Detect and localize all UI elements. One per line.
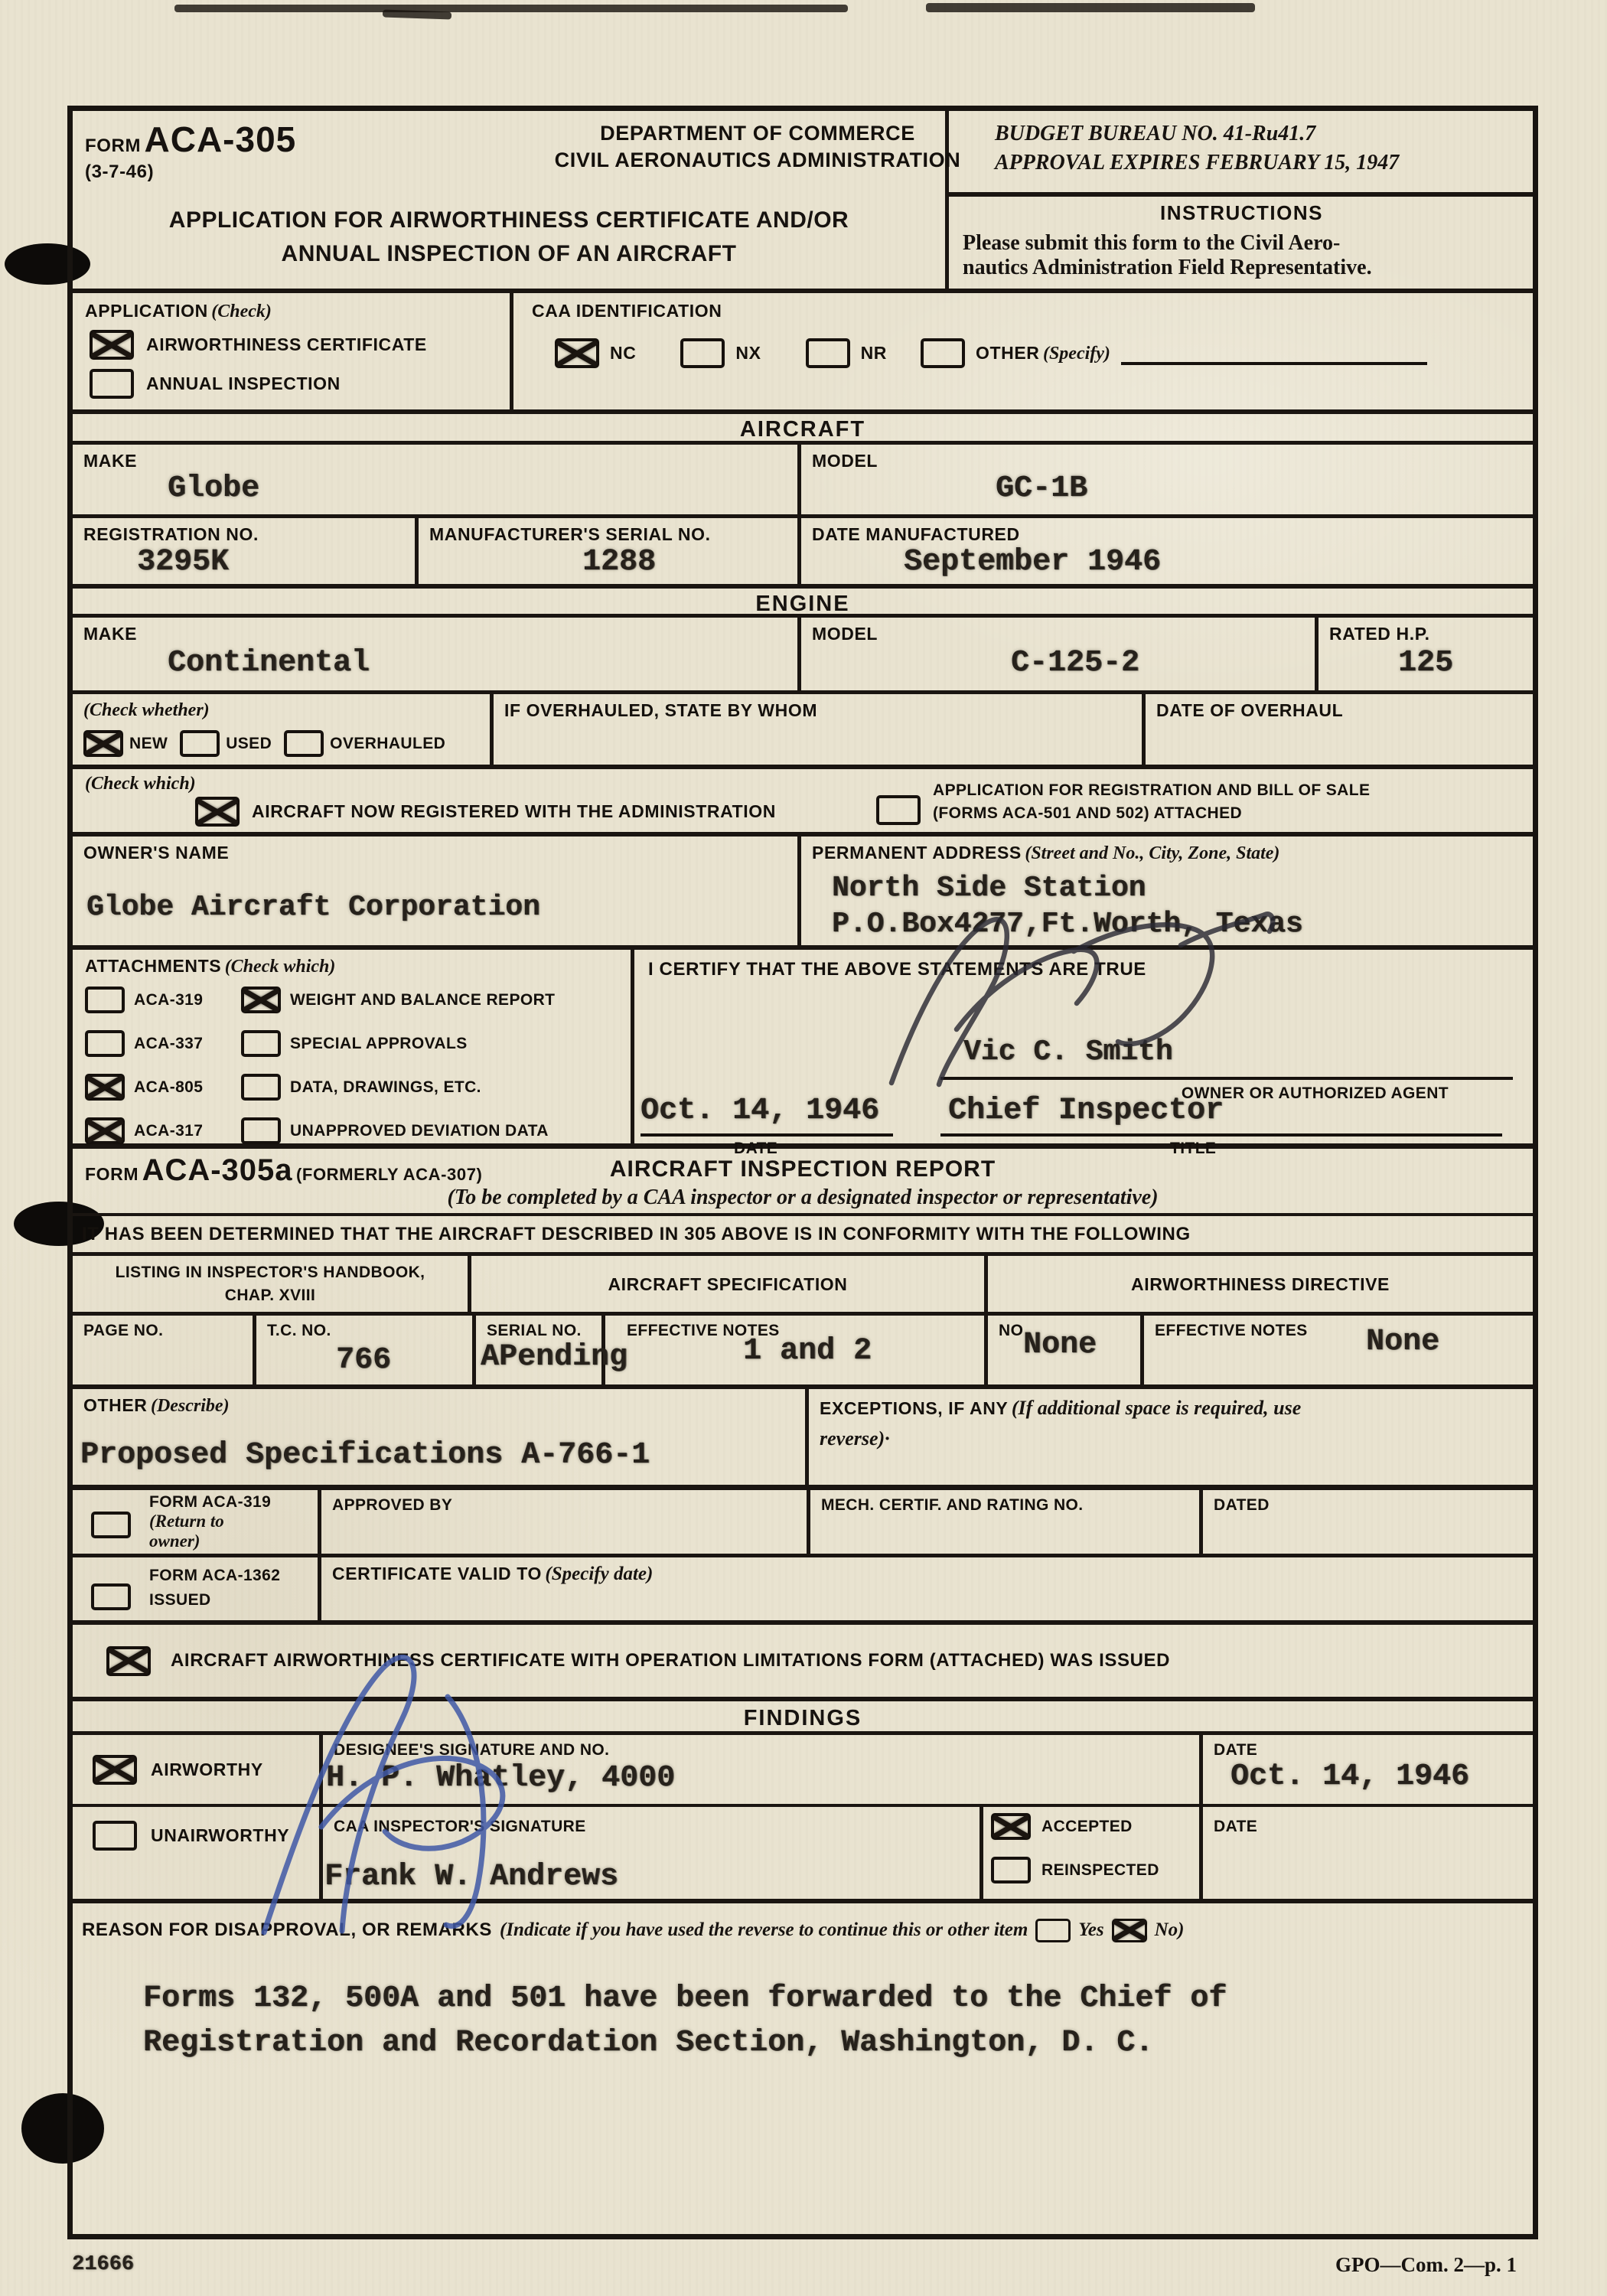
- certify-title-line: [940, 1112, 1502, 1137]
- engine-band: ENGINE: [73, 589, 1533, 618]
- data-drawings-checkbox[interactable]: [241, 1074, 281, 1101]
- other-describe-label: OTHER: [83, 1395, 148, 1415]
- engine-make-label: MAKE: [83, 624, 787, 644]
- aircraft-model-label: MODEL: [812, 451, 1522, 471]
- nr-checkbox[interactable]: [806, 338, 850, 368]
- engine-new-checkbox[interactable]: [83, 730, 123, 757]
- other-label-note: (Specify): [1043, 344, 1110, 364]
- form-aca-319-note2: owner): [149, 1531, 310, 1551]
- tc-no-label: T.C. NO.: [267, 1322, 461, 1340]
- aca-319-checkbox[interactable]: [85, 987, 125, 1013]
- attachments-label: ATTACHMENTS: [85, 956, 221, 976]
- effective-notes-cell: EFFECTIVE NOTES 1 and 2: [605, 1316, 988, 1384]
- attachment-row: ACA-337 SPECIAL APPROVALS: [85, 1030, 618, 1057]
- certificate-issued-checkbox[interactable]: [106, 1646, 151, 1676]
- aircraft-make-model-row: MAKE Globe MODEL GC-1B: [73, 445, 1533, 518]
- aca-337-label: ACA-337: [134, 1035, 232, 1053]
- aca-305a-band: FORM ACA-305a (FORMERLY ACA-307) AIRCRAF…: [73, 1149, 1533, 1216]
- attachments-label-note: (Check which): [225, 957, 336, 977]
- other-describe-cell: OTHER (Describe) Proposed Specifications…: [73, 1389, 809, 1485]
- other-checkbox[interactable]: [921, 338, 965, 368]
- form-title-line1: APPLICATION FOR AIRWORTHINESS CERTIFICAT…: [73, 207, 945, 233]
- budget-box: BUDGET BUREAU NO. 41-Ru41.7 APPROVAL EXP…: [949, 111, 1533, 197]
- form-aca-1362-cell: FORM ACA-1362 ISSUED: [73, 1557, 321, 1620]
- approved-by-cell[interactable]: APPROVED BY: [321, 1490, 810, 1554]
- aca-319-row: FORM ACA-319 (Return to owner) APPROVED …: [73, 1490, 1533, 1557]
- aircraft-make-cell: MAKE Globe: [73, 445, 801, 514]
- tc-no-value[interactable]: 766: [336, 1343, 461, 1378]
- determined-text: IT HAS BEEN DETERMINED THAT THE AIRCRAFT…: [73, 1216, 1191, 1252]
- reason-yes-label: Yes: [1078, 1919, 1103, 1941]
- findings-date-value[interactable]: Oct. 14, 1946: [1231, 1760, 1469, 1794]
- registered-checkbox[interactable]: [195, 797, 240, 827]
- engine-make-model-row: MAKE Continental MODEL C-125-2 RATED H.P…: [73, 618, 1533, 694]
- airworthy-label: AIRWORTHY: [151, 1760, 263, 1780]
- check-whether-label: (Check whether): [83, 700, 479, 721]
- inspection-report-title: AIRCRAFT INSPECTION REPORT: [73, 1156, 1533, 1182]
- reinspected-label: REINSPECTED: [1041, 1861, 1159, 1880]
- findings-band: FINDINGS: [73, 1701, 1533, 1735]
- approved-by-label: APPROVED BY: [332, 1496, 796, 1515]
- header-left: FORM ACA-305 (3-7-46) DEPARTMENT OF COMM…: [73, 111, 949, 289]
- nc-label: NC: [610, 343, 636, 364]
- exceptions-cell[interactable]: EXCEPTIONS, IF ANY (If additional space …: [809, 1389, 1533, 1485]
- check-whether-cell: (Check whether) NEW USED OVERHAULED: [73, 694, 494, 765]
- aircraft-spec-label: AIRCRAFT SPECIFICATION: [608, 1274, 847, 1294]
- aca-1362-row: FORM ACA-1362 ISSUED CERTIFICATE VALID T…: [73, 1557, 1533, 1625]
- engine-make-value[interactable]: Continental: [168, 646, 787, 680]
- certify-date-line: [641, 1112, 893, 1137]
- owner-name-cell: OWNER'S NAME Globe Aircraft Corporation: [73, 837, 801, 945]
- application-section: APPLICATION (Check) AIRWORTHINESS CERTIF…: [73, 293, 513, 409]
- permanent-address-label: PERMANENT ADDRESS: [812, 843, 1022, 863]
- exceptions-note1: (If additional space is required, use: [1012, 1397, 1301, 1419]
- engine-overhauled-checkbox[interactable]: [284, 730, 324, 757]
- directive-notes-cell: EFFECTIVE NOTES None: [1144, 1316, 1533, 1384]
- header-row: FORM ACA-305 (3-7-46) DEPARTMENT OF COMM…: [73, 111, 1533, 293]
- permanent-address-cell: PERMANENT ADDRESS (Street and No., City,…: [801, 837, 1533, 945]
- aircraft-model-cell: MODEL GC-1B: [801, 445, 1533, 514]
- special-approvals-label: SPECIAL APPROVALS: [290, 1035, 468, 1053]
- engine-used-label: USED: [226, 735, 272, 753]
- form-aca-1362-checkbox[interactable]: [91, 1583, 131, 1610]
- remarks-area[interactable]: Forms 132, 500A and 501 have been forwar…: [73, 1957, 1533, 2234]
- annual-inspection-checkbox[interactable]: [90, 369, 134, 399]
- findings-section-title: FINDINGS: [73, 1701, 1533, 1731]
- certificate-valid-to-label: CERTIFICATE VALID TO: [332, 1564, 542, 1583]
- scan-artifact: [174, 5, 848, 12]
- form-revision: (3-7-46): [85, 161, 296, 183]
- instructions-line1: Please submit this form to the Civil Aer…: [963, 231, 1521, 256]
- application-attached-line1: APPLICATION FOR REGISTRATION AND BILL OF…: [933, 781, 1370, 800]
- airworthy-row: AIRWORTHY DESIGNEE'S SIGNATURE AND NO. H…: [73, 1735, 1533, 1807]
- rated-hp-value[interactable]: 125: [1398, 646, 1522, 680]
- registration-no-value[interactable]: 3295K: [137, 545, 404, 579]
- rated-hp-cell: RATED H.P. 125: [1319, 618, 1533, 690]
- reason-yes-checkbox[interactable]: [1035, 1919, 1071, 1942]
- date-of-overhaul-cell[interactable]: DATE OF OVERHAUL: [1146, 694, 1533, 765]
- other-describe-note: (Describe): [151, 1396, 230, 1416]
- registration-no-label: REGISTRATION NO.: [83, 524, 404, 545]
- serial-no-label: SERIAL NO.: [487, 1322, 591, 1340]
- form-aca-319-note1: (Return to: [149, 1512, 310, 1531]
- aircraft-registration-row: REGISTRATION NO. 3295K MANUFACTURER'S SE…: [73, 518, 1533, 589]
- accepted-label: ACCEPTED: [1041, 1818, 1133, 1836]
- application-attached-checkbox[interactable]: [876, 795, 921, 825]
- overhauled-by-cell[interactable]: IF OVERHAULED, STATE BY WHOM: [494, 694, 1146, 765]
- accepted-date-cell[interactable]: DATE: [1203, 1807, 1533, 1899]
- exceptions-note2: reverse)·: [820, 1427, 1522, 1450]
- aca-317-label: ACA-317: [134, 1122, 232, 1140]
- date-manufactured-value[interactable]: September 1946: [904, 545, 1522, 579]
- engine-overhauled-label: OVERHAULED: [330, 735, 445, 753]
- attachments-section: ATTACHMENTS (Check which) ACA-319 WEIGHT…: [73, 950, 634, 1143]
- overhauled-by-label: IF OVERHAULED, STATE BY WHOM: [504, 700, 1131, 721]
- engine-new-label: NEW: [129, 735, 168, 753]
- caa-inspector-signature-cell: CAA INSPECTOR'S SIGNATURE Frank W. Andre…: [323, 1807, 983, 1899]
- listing-line2: CHAP. XVIII: [83, 1287, 457, 1305]
- other-exceptions-row: OTHER (Describe) Proposed Specifications…: [73, 1389, 1533, 1490]
- registered-label: AIRCRAFT NOW REGISTERED WITH THE ADMINIS…: [252, 801, 776, 822]
- unairworthy-checkbox[interactable]: [93, 1821, 137, 1851]
- findings-date-label: DATE: [1214, 1741, 1522, 1760]
- application-label-note: (Check): [211, 302, 272, 321]
- remarks-line2: Registration and Recordation Section, Wa…: [143, 2021, 1227, 2066]
- engine-used-checkbox[interactable]: [180, 730, 220, 757]
- caa-identification-section: CAA IDENTIFICATION NC NX NR OTHER (Speci…: [513, 293, 1533, 409]
- certificate-issued-label: AIRCRAFT AIRWORTHINESS CERTIFICATE WITH …: [171, 1650, 1170, 1671]
- nc-checkbox[interactable]: [555, 338, 599, 368]
- serial-no-value[interactable]: APending: [481, 1340, 627, 1375]
- form-number: ACA-305: [145, 119, 297, 159]
- directive-no-value[interactable]: None: [1023, 1328, 1097, 1362]
- form-aca-305: FORM ACA-305 (3-7-46) DEPARTMENT OF COMM…: [67, 106, 1538, 2239]
- effective-notes-value[interactable]: 1 and 2: [743, 1334, 872, 1368]
- listing-column-header: LISTING IN INSPECTOR'S HANDBOOK, CHAP. X…: [73, 1256, 471, 1312]
- nr-label: NR: [861, 343, 887, 364]
- findings-date-cell: DATE Oct. 14, 1946: [1203, 1735, 1533, 1804]
- aircraft-make-label: MAKE: [83, 451, 787, 471]
- caa-inspector-signature-label: CAA INSPECTOR'S SIGNATURE: [334, 1818, 969, 1836]
- listing-line1: LISTING IN INSPECTOR'S HANDBOOK,: [83, 1264, 457, 1282]
- application-label: APPLICATION: [85, 301, 208, 321]
- owner-row: OWNER'S NAME Globe Aircraft Corporation …: [73, 837, 1533, 950]
- other-label: OTHER: [976, 343, 1040, 363]
- attachment-row: ACA-805 DATA, DRAWINGS, ETC.: [85, 1074, 618, 1101]
- exceptions-label: EXCEPTIONS, IF ANY: [820, 1398, 1008, 1418]
- airworthy-cell: AIRWORTHY: [73, 1735, 323, 1804]
- permanent-address-note: (Street and No., City, Zone, State): [1025, 843, 1279, 863]
- instructions-title: INSTRUCTIONS: [963, 201, 1521, 225]
- engine-model-label: MODEL: [812, 624, 1304, 644]
- inspection-columns-header: LISTING IN INSPECTOR'S HANDBOOK, CHAP. X…: [73, 1256, 1533, 1316]
- engine-section-title: ENGINE: [73, 589, 1533, 614]
- weight-balance-label: WEIGHT AND BALANCE REPORT: [290, 991, 555, 1009]
- date-manufactured-cell: DATE MANUFACTURED September 1946: [801, 518, 1533, 584]
- accepted-checkbox[interactable]: [991, 1813, 1031, 1840]
- mech-certif-label: MECH. CERTIF. AND RATING NO.: [821, 1496, 1188, 1515]
- mfr-serial-label: MANUFACTURER'S SERIAL NO.: [429, 524, 787, 545]
- owner-name-value[interactable]: Globe Aircraft Corporation: [86, 891, 787, 924]
- aca-805-checkbox[interactable]: [85, 1074, 125, 1101]
- aircraft-band: AIRCRAFT: [73, 414, 1533, 445]
- address-line1[interactable]: North Side Station: [832, 872, 1522, 905]
- weight-balance-checkbox[interactable]: [241, 987, 281, 1013]
- determined-row: IT HAS BEEN DETERMINED THAT THE AIRCRAFT…: [73, 1216, 1533, 1256]
- aircraft-make-value[interactable]: Globe: [168, 471, 787, 506]
- scanned-form-page: FORM ACA-305 (3-7-46) DEPARTMENT OF COMM…: [0, 0, 1607, 2296]
- page-no-cell[interactable]: PAGE NO.: [73, 1316, 256, 1384]
- aca-337-checkbox[interactable]: [85, 1030, 125, 1057]
- reason-note: (Indicate if you have used the reverse t…: [500, 1919, 1028, 1941]
- form-aca-319-cell: FORM ACA-319 (Return to owner): [73, 1490, 321, 1554]
- serial-no-cell: SERIAL NO. APending: [476, 1316, 605, 1384]
- unapproved-deviation-checkbox[interactable]: [241, 1117, 281, 1144]
- directive-notes-label: EFFECTIVE NOTES: [1155, 1322, 1522, 1340]
- caa-inspector-signature-value[interactable]: Frank W. Andrews: [324, 1860, 618, 1894]
- spec-values-row: PAGE NO. T.C. NO. 766 SERIAL NO. APendin…: [73, 1316, 1533, 1389]
- date-manufactured-label: DATE MANUFACTURED: [812, 524, 1522, 545]
- accepted-date-label: DATE: [1214, 1818, 1522, 1836]
- rated-hp-label: RATED H.P.: [1329, 624, 1522, 644]
- budget-line2: APPROVAL EXPIRES FEBRUARY 15, 1947: [995, 151, 1525, 175]
- reason-no-checkbox[interactable]: [1112, 1919, 1147, 1942]
- certify-text: I CERTIFY THAT THE ABOVE STATEMENTS ARE …: [648, 959, 1146, 980]
- certificate-issued-cell: AIRCRAFT AIRWORTHINESS CERTIFICATE WITH …: [73, 1625, 1533, 1697]
- scan-artifact: [383, 9, 451, 19]
- page-no-label: PAGE NO.: [83, 1322, 242, 1340]
- form-aca-1362-label: FORM ACA-1362: [149, 1567, 310, 1585]
- airworthiness-directive-header: AIRWORTHINESS DIRECTIVE: [988, 1256, 1533, 1312]
- engine-make-cell: MAKE Continental: [73, 618, 801, 690]
- dated-label: DATED: [1214, 1496, 1522, 1515]
- owner-signature-line[interactable]: [940, 1055, 1513, 1080]
- application-attached-line2: (FORMS ACA-501 AND 502) ATTACHED: [933, 804, 1370, 823]
- certificate-valid-to-note: (Specify date): [545, 1564, 653, 1584]
- certificate-valid-to-cell[interactable]: CERTIFICATE VALID TO (Specify date): [321, 1557, 1533, 1620]
- accepted-reinspected-cell: ACCEPTED REINSPECTED: [983, 1807, 1203, 1899]
- other-specify-blank[interactable]: [1121, 342, 1427, 365]
- aircraft-model-value[interactable]: GC-1B: [996, 471, 1522, 506]
- header-right: BUDGET BUREAU NO. 41-Ru41.7 APPROVAL EXP…: [949, 111, 1533, 289]
- other-describe-value[interactable]: Proposed Specifications A-766-1: [80, 1438, 650, 1473]
- reason-cell: REASON FOR DISAPPROVAL, OR REMARKS (Indi…: [73, 1903, 1533, 1957]
- instructions-line2: nautics Administration Field Representat…: [963, 256, 1521, 280]
- airworthiness-certificate-label: AIRWORTHINESS CERTIFICATE: [146, 334, 427, 355]
- unairworthy-cell: UNAIRWORTHY: [73, 1807, 323, 1899]
- aca-317-checkbox[interactable]: [85, 1117, 125, 1144]
- tc-no-cell: T.C. NO. 766: [256, 1316, 476, 1384]
- aca-805-label: ACA-805: [134, 1078, 232, 1097]
- reason-label: REASON FOR DISAPPROVAL, OR REMARKS: [82, 1919, 492, 1941]
- form-word: FORM: [85, 135, 141, 156]
- nx-label: NX: [735, 343, 761, 364]
- registration-no-cell: REGISTRATION NO. 3295K: [73, 518, 419, 584]
- airworthiness-certificate-checkbox[interactable]: [90, 330, 134, 360]
- reason-row: REASON FOR DISAPPROVAL, OR REMARKS (Indi…: [73, 1903, 1533, 1957]
- form-title-line2: ANNUAL INSPECTION OF AN AIRCRAFT: [73, 241, 945, 267]
- designee-signature-label: DESIGNEE'S SIGNATURE AND NO.: [334, 1741, 1188, 1760]
- certificate-issued-row: AIRCRAFT AIRWORTHINESS CERTIFICATE WITH …: [73, 1625, 1533, 1701]
- annual-inspection-label: ANNUAL INSPECTION: [146, 373, 341, 394]
- remarks-line1: Forms 132, 500A and 501 have been forwar…: [143, 1977, 1227, 2021]
- mfr-serial-value[interactable]: 1288: [582, 545, 787, 579]
- nx-checkbox[interactable]: [680, 338, 725, 368]
- form-aca-319-checkbox[interactable]: [91, 1512, 131, 1538]
- form-title-block: APPLICATION FOR AIRWORTHINESS CERTIFICAT…: [73, 207, 945, 267]
- attachment-row: ACA-317 UNAPPROVED DEVIATION DATA: [85, 1117, 618, 1144]
- dated-cell[interactable]: DATED: [1203, 1490, 1533, 1554]
- instructions-box: INSTRUCTIONS Please submit this form to …: [949, 197, 1533, 289]
- special-approvals-checkbox[interactable]: [241, 1030, 281, 1057]
- data-drawings-label: DATA, DRAWINGS, ETC.: [290, 1078, 481, 1097]
- reinspected-checkbox[interactable]: [991, 1857, 1031, 1883]
- unairworthy-label: UNAIRWORTHY: [151, 1825, 289, 1846]
- address-line2[interactable]: P.O.Box4277,Ft.Worth, Texas: [832, 908, 1522, 941]
- certify-section: I CERTIFY THAT THE ABOVE STATEMENTS ARE …: [634, 950, 1533, 1143]
- airworthiness-directive-label: AIRWORTHINESS DIRECTIVE: [1131, 1274, 1390, 1294]
- directive-no-cell: NO None: [988, 1316, 1144, 1384]
- attachments-certify-row: ATTACHMENTS (Check which) ACA-319 WEIGHT…: [73, 950, 1533, 1149]
- engine-condition-row: (Check whether) NEW USED OVERHAULED IF O…: [73, 694, 1533, 769]
- designee-signature-value[interactable]: H. P. Whatley, 4000: [326, 1761, 675, 1795]
- engine-model-cell: MODEL C-125-2: [801, 618, 1319, 690]
- form-aca-1362-issued: ISSUED: [149, 1591, 310, 1609]
- unairworthy-row: UNAIRWORTHY CAA INSPECTOR'S SIGNATURE Fr…: [73, 1807, 1533, 1903]
- footer-serial: 21666: [72, 2253, 134, 2276]
- aca-319-label: ACA-319: [134, 991, 232, 1009]
- registration-status-cell: (Check which) AIRCRAFT NOW REGISTERED WI…: [73, 769, 1533, 832]
- directive-notes-value[interactable]: None: [1366, 1325, 1439, 1359]
- attachment-row: ACA-319 WEIGHT AND BALANCE REPORT: [85, 987, 618, 1013]
- mfr-serial-cell: MANUFACTURER'S SERIAL NO. 1288: [419, 518, 801, 584]
- aircraft-section-title: AIRCRAFT: [73, 414, 1533, 441]
- application-caa-row: APPLICATION (Check) AIRWORTHINESS CERTIF…: [73, 293, 1533, 414]
- budget-line1: BUDGET BUREAU NO. 41-Ru41.7: [995, 122, 1525, 146]
- reason-no-label: No): [1155, 1919, 1185, 1941]
- caa-identification-label: CAA IDENTIFICATION: [532, 301, 1514, 321]
- airworthy-checkbox[interactable]: [93, 1755, 137, 1785]
- scan-artifact: [926, 3, 1255, 12]
- date-of-overhaul-label: DATE OF OVERHAUL: [1156, 700, 1522, 721]
- form-aca-319-label: FORM ACA-319: [149, 1493, 310, 1512]
- owner-name-label: OWNER'S NAME: [83, 843, 787, 863]
- engine-model-value[interactable]: C-125-2: [1011, 646, 1304, 680]
- inspection-report-subtitle: (To be completed by a CAA inspector or a…: [73, 1186, 1533, 1210]
- designee-signature-cell: DESIGNEE'S SIGNATURE AND NO. H. P. Whatl…: [323, 1735, 1203, 1804]
- aircraft-spec-header: AIRCRAFT SPECIFICATION: [471, 1256, 988, 1312]
- unapproved-deviation-label: UNAPPROVED DEVIATION DATA: [290, 1122, 549, 1140]
- footer-gpo: GPO—Com. 2—p. 1: [1335, 2253, 1517, 2277]
- mech-certif-cell[interactable]: MECH. CERTIF. AND RATING NO.: [810, 1490, 1203, 1554]
- registration-status-row: (Check which) AIRCRAFT NOW REGISTERED WI…: [73, 769, 1533, 837]
